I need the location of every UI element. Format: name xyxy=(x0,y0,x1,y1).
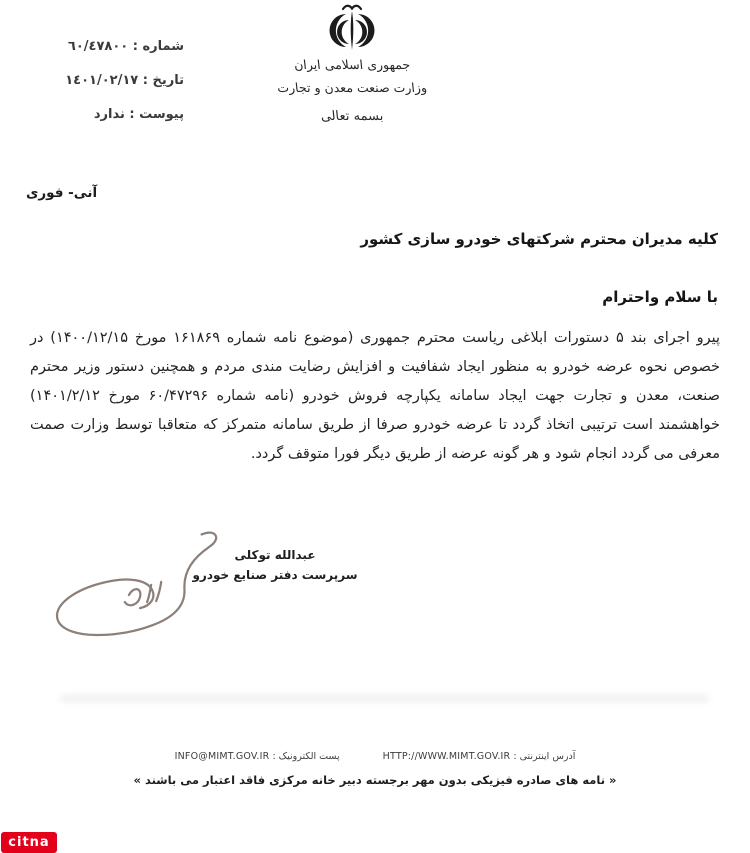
letter-date-value: ١٤٠١/٠٢/١٧ xyxy=(65,73,138,88)
letter-meta-fields: شماره : ٦٠/٤٧٨٠٠ تاریخ : ١٤٠١/٠٢/١٧ پیوس… xyxy=(14,30,184,132)
letter-attachment-line: پیوست : ندارد xyxy=(14,98,184,132)
footer-website: آدرس اینترنتی : HTTP://WWW.MIMT.GOV.IR xyxy=(383,751,576,762)
footer-email-value: INFO@MIMT.GOV.IR xyxy=(175,751,270,762)
handwritten-signature-icon xyxy=(32,528,244,660)
letter-number-line: شماره : ٦٠/٤٧٨٠٠ xyxy=(14,30,184,64)
iran-coat-of-arms-icon xyxy=(325,3,379,53)
letterhead-ministry: وزارت صنعت معدن و تجارت xyxy=(241,80,463,95)
letter-body: پیرو اجرای بند ۵ دستورات ابلاغی ریاست مح… xyxy=(30,324,720,469)
footer-validity-notice: « نامه های صادره فیزیکی بدون مهر برجسته … xyxy=(0,773,750,787)
citna-logo: citna xyxy=(1,832,57,853)
letter-attachment-value: ندارد xyxy=(94,107,125,122)
recipient-line: کلیه مدیران محترم شرکتهای خودرو سازی کشو… xyxy=(32,230,718,248)
letter-attachment-label: پیوست : xyxy=(129,107,184,122)
salutation-line: با سلام واحترام xyxy=(32,288,718,306)
scan-artifact xyxy=(60,694,710,703)
footer-email-label: پست الکترونیک : xyxy=(272,751,339,762)
letterhead-invocation: بسمه تعالی xyxy=(241,109,463,124)
footer-website-label: آدرس اینترنتی : xyxy=(513,751,575,762)
letter-number-label: شماره : xyxy=(133,39,184,54)
urgency-label: آنی- فوری xyxy=(26,185,97,201)
letter-date-line: تاریخ : ١٤٠١/٠٢/١٧ xyxy=(14,64,184,98)
footer-contact-line: آدرس اینترنتی : HTTP://WWW.MIMT.GOV.IR پ… xyxy=(0,751,750,762)
letterhead: جمهوری اسلامی ایران وزارت صنعت معدن و تج… xyxy=(242,0,462,124)
footer-website-value: HTTP://WWW.MIMT.GOV.IR xyxy=(383,751,511,762)
letter-number-value: ٦٠/٤٧٨٠٠ xyxy=(68,39,128,54)
letter-date-label: تاریخ : xyxy=(143,73,184,88)
footer-email: پست الکترونیک : INFO@MIMT.GOV.IR xyxy=(175,751,340,762)
citna-logo-text: citna xyxy=(8,835,49,850)
letterhead-country: جمهوری اسلامی ایران xyxy=(241,57,463,72)
